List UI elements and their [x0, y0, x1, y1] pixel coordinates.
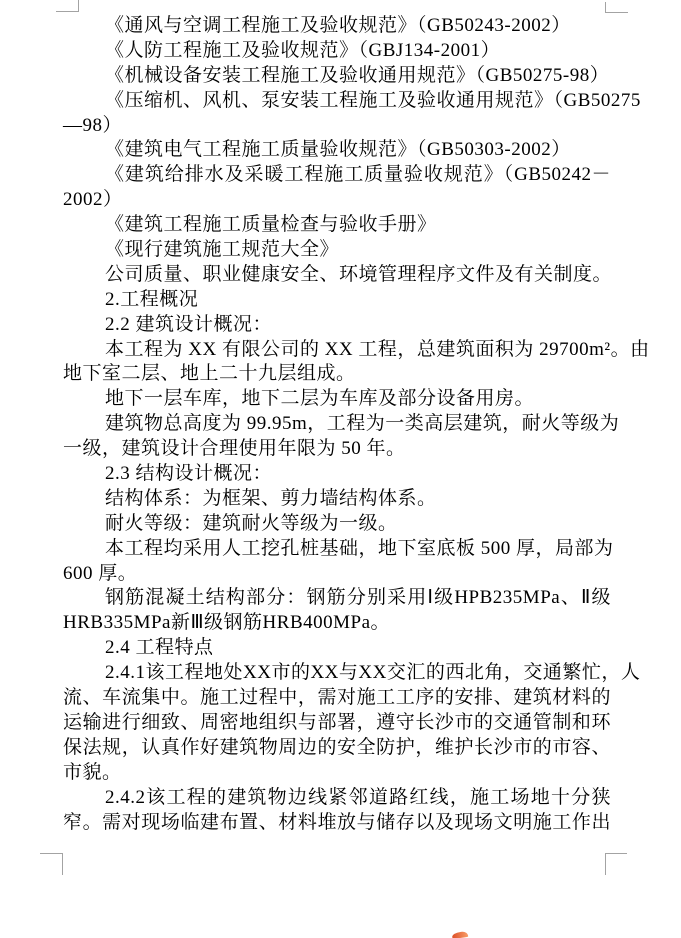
- document-line: —98）: [63, 114, 611, 139]
- document-line: 建筑物总高度为 99.95m，工程为一类高层建筑，耐火等级为: [63, 412, 611, 437]
- document-line: 本工程均采用人工挖孔桩基础，地下室底板 500 厚，局部为: [63, 537, 611, 562]
- document-line: HRB335MPa新Ⅲ级钢筋HRB400MPa。: [63, 611, 611, 636]
- document-line: 《人防工程施工及验收规范》（GBJ134-2001）: [63, 39, 611, 64]
- document-line: 《建筑给排水及采暖工程施工质量验收规范》（GB50242－: [63, 163, 611, 188]
- orange-logo-swoosh-icon: [452, 931, 469, 938]
- document-line: 结构体系：为框架、剪力墙结构体系。: [63, 487, 611, 512]
- document-line: 2.4.2该工程的建筑物边线紧邻道路红线，施工场地十分狭: [63, 786, 611, 811]
- document-line: 公司质量、职业健康安全、环境管理程序文件及有关制度。: [63, 263, 611, 288]
- document-line: 《建筑电气工程施工质量验收规范》（GB50303-2002）: [63, 138, 611, 163]
- document-line: 2.2 建筑设计概况：: [63, 313, 611, 338]
- document-line: 2002）: [63, 188, 611, 213]
- document-line: 《通风与空调工程施工及验收规范》（GB50243-2002）: [63, 14, 611, 39]
- document-line: 地下室二层、地上二十九层组成。: [63, 362, 611, 387]
- document-text: 《通风与空调工程施工及验收规范》（GB50243-2002）《人防工程施工及验收…: [63, 14, 611, 835]
- document-line: 600 厚。: [63, 562, 611, 587]
- document-line: 《建筑工程施工质量检查与验收手册》: [63, 213, 611, 238]
- document-line: 运输进行细致、周密地组织与部署，遵守长沙市的交通管制和环: [63, 711, 611, 736]
- document-line: 流、车流集中。施工过程中，需对施工工序的安排、建筑材料的: [63, 686, 611, 711]
- document-line: 窄。需对现场临建布置、材料堆放与储存以及现场文明施工作出: [63, 811, 611, 836]
- document-line: 2.4.1该工程地处XX市的XX与XX交汇的西北角，交通繁忙，人: [63, 661, 611, 686]
- document-line: 钢筋混凝土结构部分：钢筋分别采用Ⅰ级HPB235MPa、Ⅱ级: [63, 586, 611, 611]
- document-line: 耐火等级：建筑耐火等级为一级。: [63, 512, 611, 537]
- document-line: 2.3 结构设计概况：: [63, 462, 611, 487]
- document-line: 地下一层车库，地下二层为车库及部分设备用房。: [63, 387, 611, 412]
- document-line: 2.4 工程特点: [63, 636, 611, 661]
- crop-mark-top-right-icon: [605, 2, 628, 13]
- document-line: 《机械设备安装工程施工及验收通用规范》（GB50275-98）: [63, 64, 611, 89]
- document-line: 2.工程概况: [63, 288, 611, 313]
- document-line: 市貌。: [63, 761, 611, 786]
- document-line: 《压缩机、风机、泵安装工程施工及验收通用规范》（GB50275: [63, 89, 611, 114]
- document-line: 本工程为 XX 有限公司的 XX 工程，总建筑面积为 29700m²。由: [63, 338, 611, 363]
- crop-mark-bottom-left-icon: [40, 853, 63, 875]
- document-line: 《现行建筑施工规范大全》: [63, 238, 611, 263]
- crop-mark-top-left-icon: [56, 0, 79, 12]
- document-page: 《通风与空调工程施工及验收规范》（GB50243-2002）《人防工程施工及验收…: [0, 0, 681, 938]
- document-line: 保法规，认真作好建筑物周边的安全防护，维护长沙市的市容、: [63, 736, 611, 761]
- crop-mark-bottom-right-icon: [605, 853, 627, 875]
- document-line: 一级，建筑设计合理使用年限为 50 年。: [63, 437, 611, 462]
